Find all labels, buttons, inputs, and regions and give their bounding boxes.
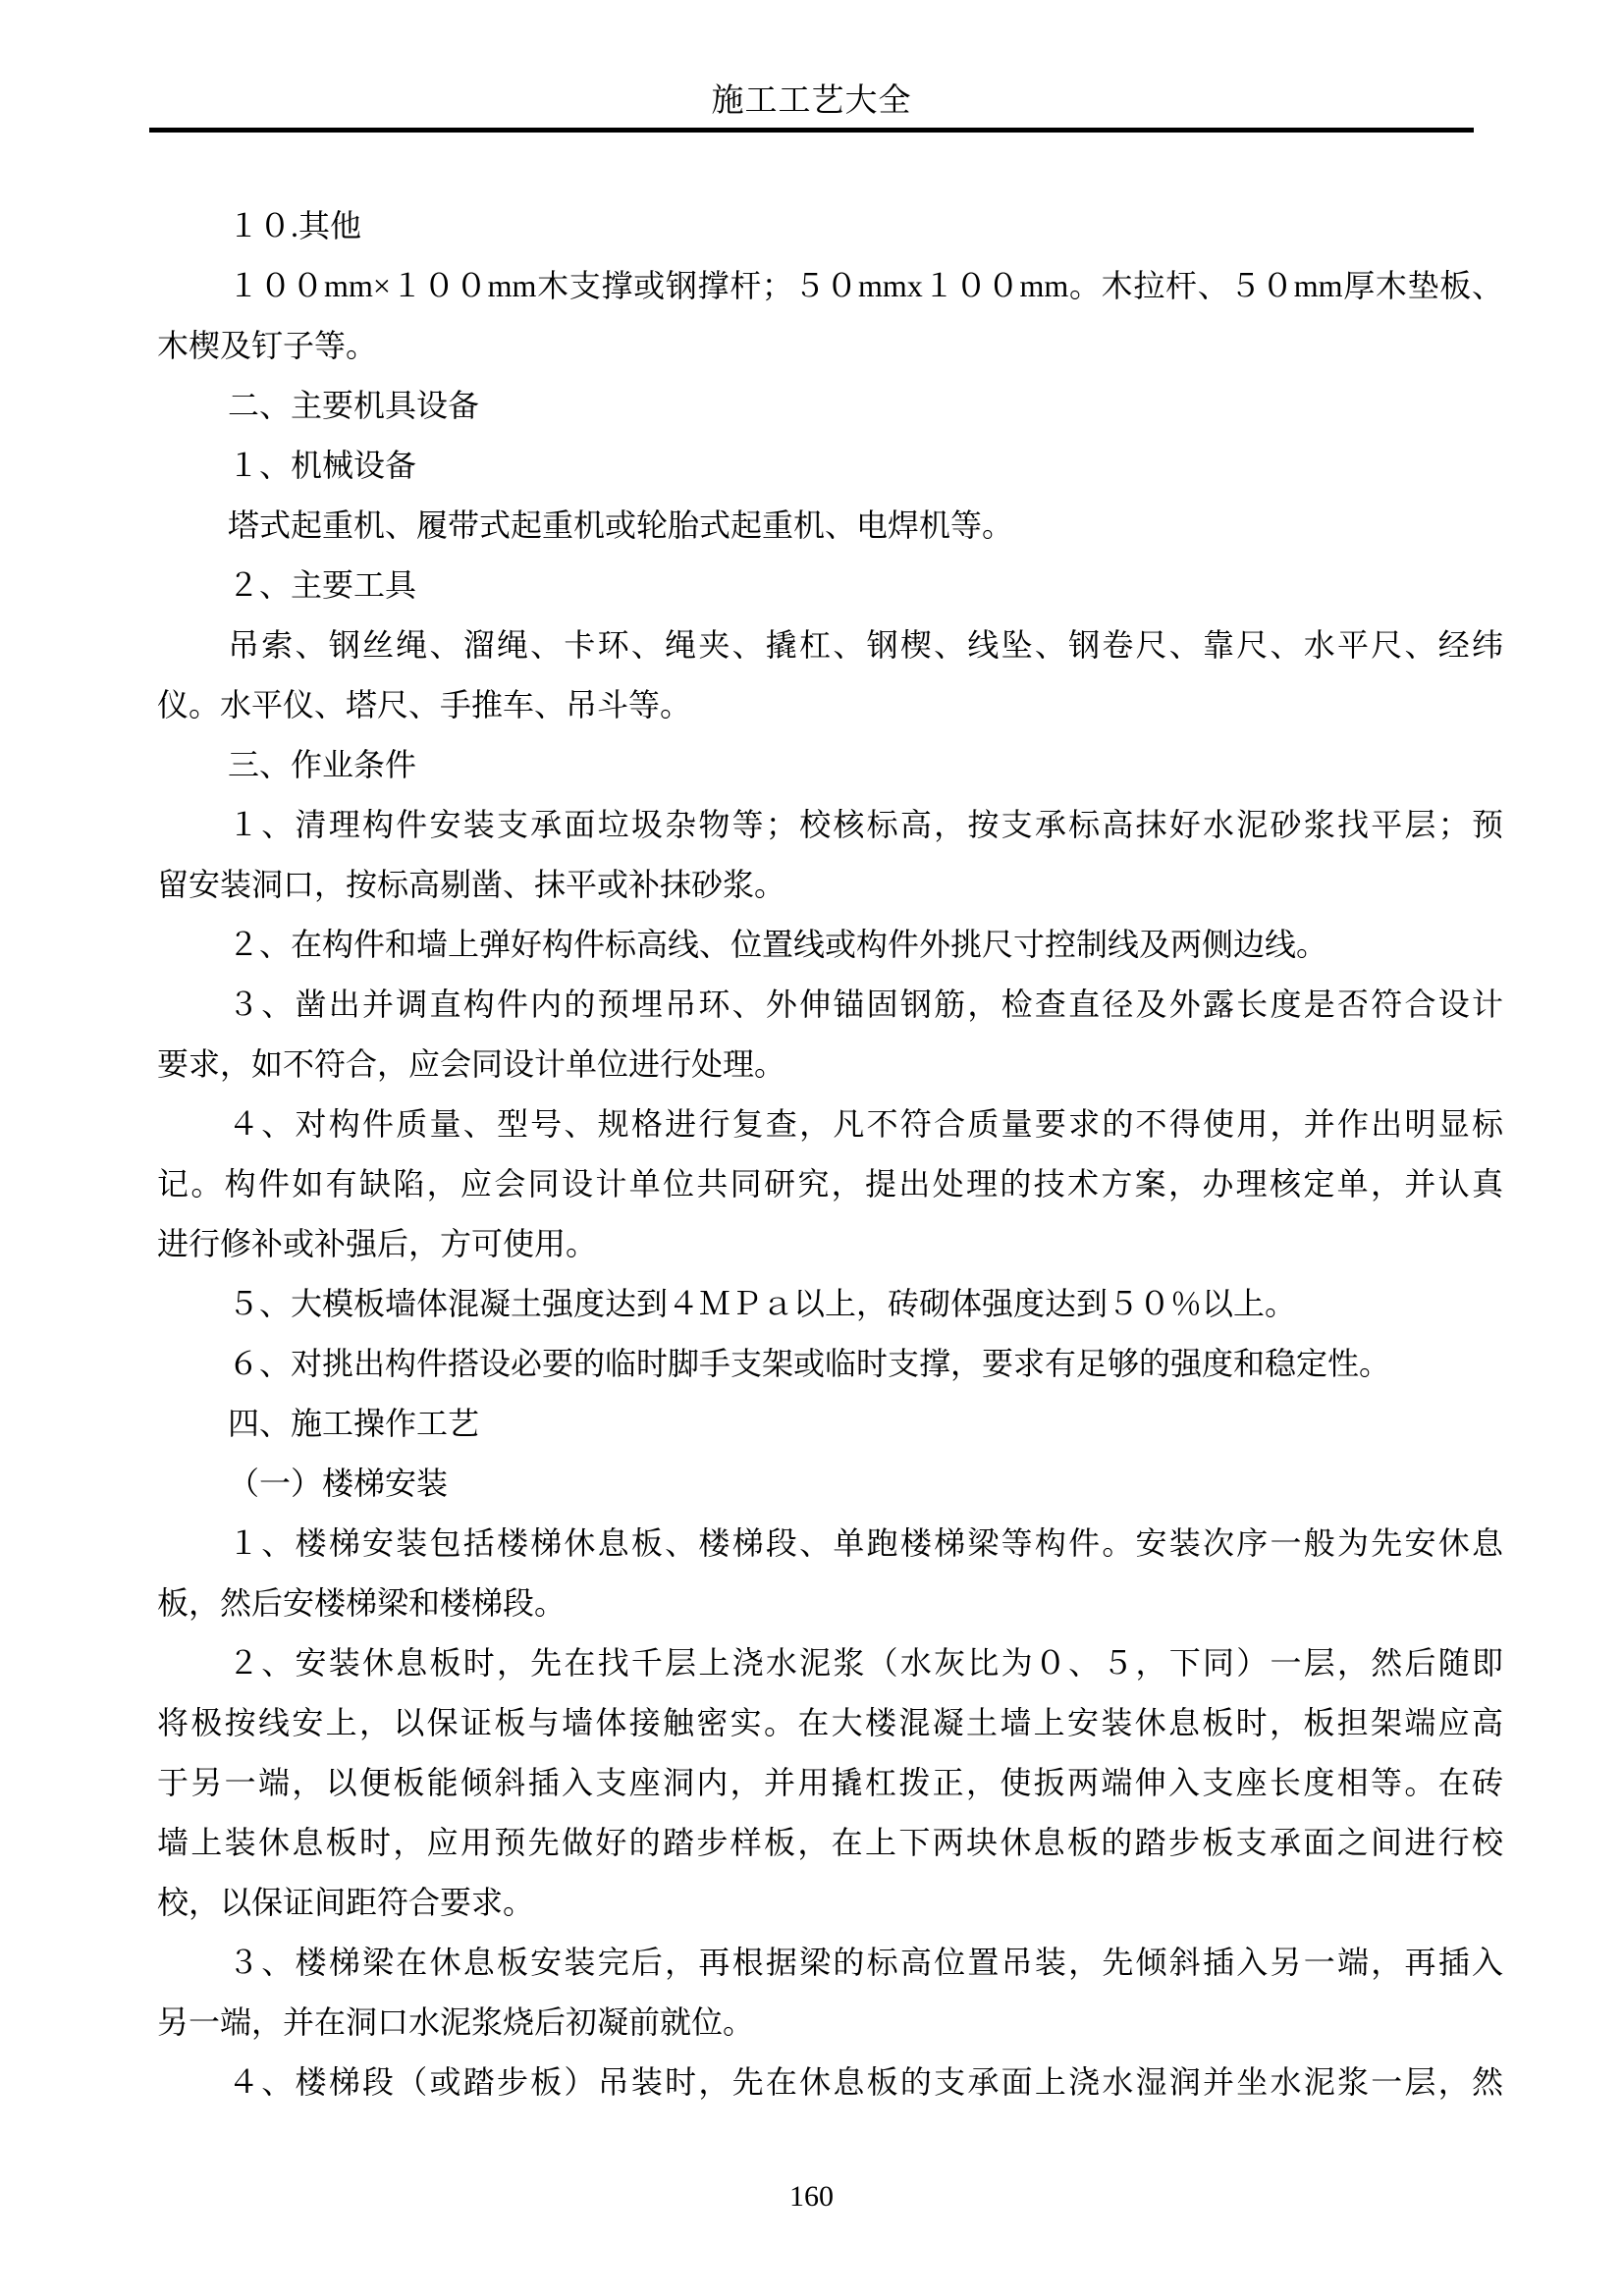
text-line: 记。构件如有缺陷，应会同设计单位共同研究，提出处理的技术方案，办理核定单，并认真	[157, 1154, 1503, 1214]
text-line: ３、凿出并调直构件内的预埋吊环、外伸锚固钢筋，检查直径及外露长度是否符合设计	[157, 975, 1503, 1035]
text-line: １００mm×１００mm木支撑或钢撑杆；５０mmx１００mm。木拉杆、５０mm厚木…	[157, 256, 1503, 316]
text-line: 留安装洞口，按标高剔凿、抹平或补抹砂浆。	[157, 855, 1503, 915]
text-line: ２、在构件和墙上弹好构件标高线、位置线或构件外挑尺寸控制线及两侧边线。	[157, 915, 1503, 975]
text-line: 吊索、钢丝绳、溜绳、卡环、绳夹、撬杠、钢楔、线坠、钢卷尺、靠尺、水平尺、经纬	[157, 615, 1503, 675]
text-line: 三、作业条件	[157, 735, 1503, 795]
text-line: 将极按线安上，以保证板与墙体接触密实。在大楼混凝土墙上安装休息板时，板担架端应高	[157, 1693, 1503, 1753]
header-divider	[149, 128, 1474, 133]
text-line: （一）楼梯安装	[157, 1454, 1503, 1514]
text-line: １０.其他	[157, 196, 1503, 256]
text-line: ２、主要工具	[157, 556, 1503, 615]
text-line: ５、大模板墙体混凝土强度达到４ＭＰａ以上，砖砌体强度达到５０％以上。	[157, 1274, 1503, 1334]
text-line: １、楼梯安装包括楼梯休息板、楼梯段、单跑楼梯梁等构件。安装次序一般为先安休息	[157, 1514, 1503, 1574]
document-body: １０.其他１００mm×１００mm木支撑或钢撑杆；５０mmx１００mm。木拉杆、５…	[157, 196, 1503, 2112]
text-line: 仪。水平仪、塔尺、手推车、吊斗等。	[157, 675, 1503, 735]
text-line: 校，以保证间距符合要求。	[157, 1873, 1503, 1933]
text-line: １、清理构件安装支承面垃圾杂物等；校核标高，按支承标高抹好水泥砂浆找平层；预	[157, 795, 1503, 855]
text-line: 四、施工操作工艺	[157, 1394, 1503, 1454]
text-line: 另一端，并在洞口水泥浆烧后初凝前就位。	[157, 1993, 1503, 2053]
text-line: 于另一端，以便板能倾斜插入支座洞内，并用撬杠拨正，使扳两端伸入支座长度相等。在砖	[157, 1753, 1503, 1813]
text-line: 进行修补或补强后，方可使用。	[157, 1214, 1503, 1274]
text-line: 木楔及钉子等。	[157, 316, 1503, 376]
text-line: １、机械设备	[157, 436, 1503, 496]
text-line: ４、对构件质量、型号、规格进行复查，凡不符合质量要求的不得使用，并作出明显标	[157, 1095, 1503, 1154]
page-number: 160	[0, 2177, 1623, 2216]
text-line: 墙上装休息板时，应用预先做好的踏步样板，在上下两块休息板的踏步板支承面之间进行校	[157, 1813, 1503, 1873]
text-line: 塔式起重机、履带式起重机或轮胎式起重机、电焊机等。	[157, 496, 1503, 556]
text-line: ４、楼梯段（或踏步板）吊装时，先在休息板的支承面上浇水湿润并坐水泥浆一层，然	[157, 2053, 1503, 2112]
text-line: 板，然后安楼梯梁和楼梯段。	[157, 1574, 1503, 1633]
text-line: ２、安装休息板时，先在找千层上浇水泥浆（水灰比为０、５，下同）一层，然后随即	[157, 1633, 1503, 1693]
text-line: 二、主要机具设备	[157, 376, 1503, 436]
text-line: ３、楼梯梁在休息板安装完后，再根据梁的标高位置吊装，先倾斜插入另一端，再插入	[157, 1933, 1503, 1993]
text-line: 要求，如不符合，应会同设计单位进行处理。	[157, 1035, 1503, 1095]
text-line: ６、对挑出构件搭设必要的临时脚手支架或临时支撑，要求有足够的强度和稳定性。	[157, 1334, 1503, 1394]
document-page: 施工工艺大全 １０.其他１００mm×１００mm木支撑或钢撑杆；５０mmx１００m…	[0, 0, 1623, 2296]
page-title: 施工工艺大全	[0, 80, 1623, 122]
